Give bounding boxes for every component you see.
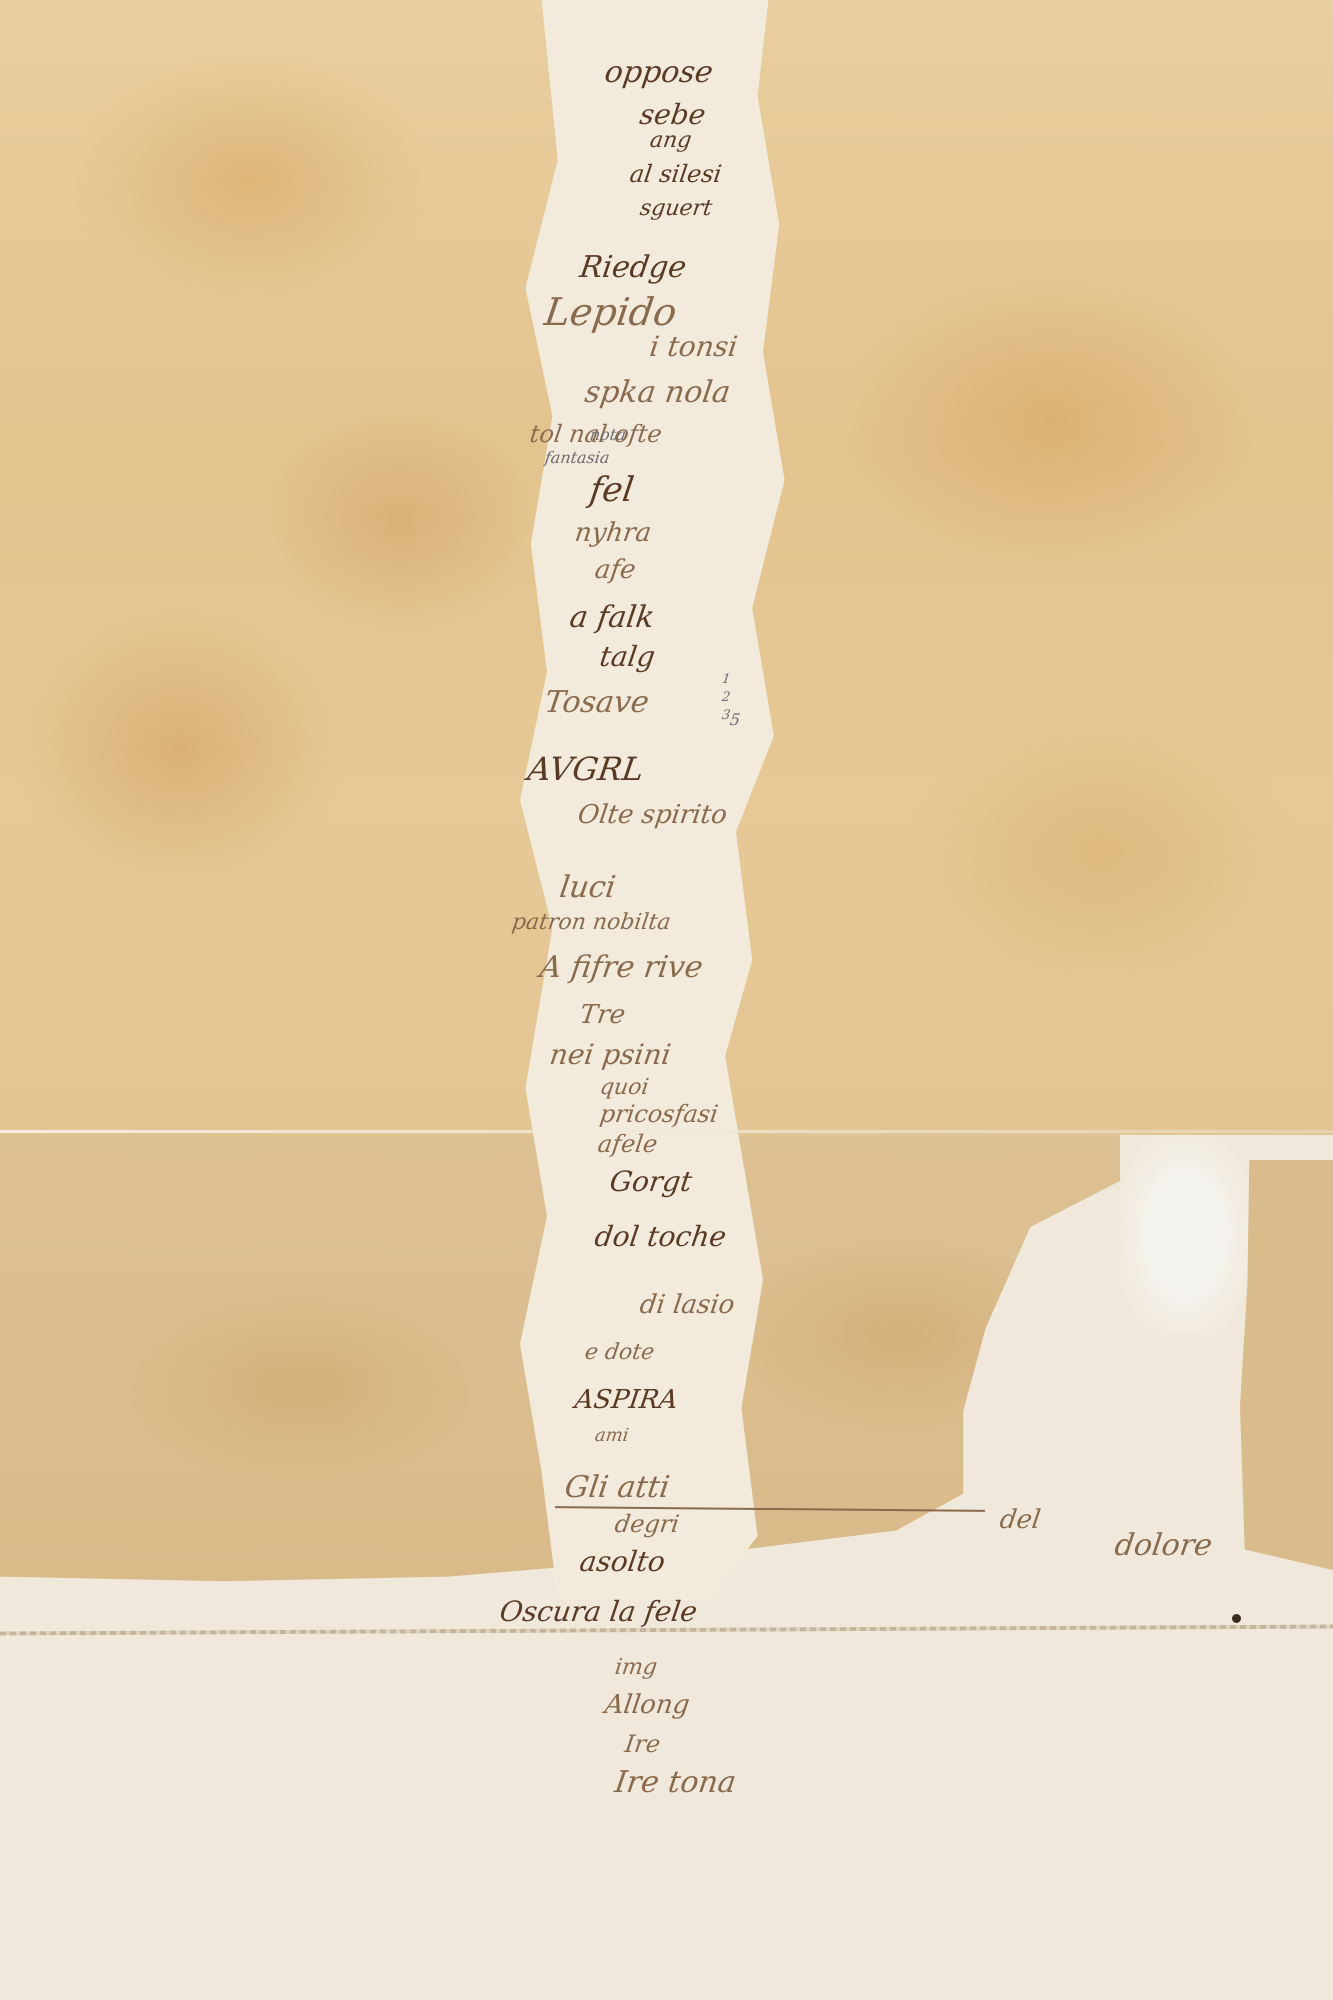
margin-note: del (998, 1505, 1043, 1535)
handwritten-word: Ire (623, 1730, 662, 1758)
margin-note: dolore (1113, 1528, 1215, 1563)
handwritten-word: Tre (578, 1000, 627, 1030)
handwritten-word: ami (594, 1425, 631, 1446)
handwritten-word: nei psini (548, 1038, 673, 1071)
handwritten-word: img (613, 1655, 658, 1680)
handwritten-word: Gorgt (608, 1165, 694, 1198)
handwritten-word: di lasio (638, 1290, 737, 1320)
handwritten-word: ASPIRA (573, 1385, 680, 1415)
handwritten-word: afe (593, 555, 638, 585)
handwritten-word: a falk (568, 600, 657, 635)
handwritten-word: Olte spirito (576, 800, 729, 830)
handwritten-word: e dote (583, 1340, 656, 1365)
handwritten-word: spka nola (583, 375, 733, 410)
handwritten-word: sebe (638, 98, 708, 131)
handwritten-word: pricosfasi (598, 1100, 720, 1128)
ink-blot (1232, 1614, 1241, 1623)
handwritten-word: Ire tona (613, 1765, 739, 1800)
paper-fold (0, 1130, 1333, 1133)
pencil-note: fantasia (544, 448, 611, 467)
handwritten-word: Lepido (542, 290, 680, 334)
handwritten-word: i tonsi (648, 330, 740, 363)
handwritten-word: Tosave (543, 685, 652, 720)
bleached-patch (1120, 1135, 1250, 1335)
handwritten-word: afele (596, 1130, 659, 1158)
handwritten-word: Gli atti (563, 1470, 672, 1505)
handwritten-word: Allong (603, 1690, 692, 1720)
handwritten-word: degri (613, 1510, 681, 1538)
handwritten-word: quoi (598, 1075, 650, 1100)
handwritten-word: A fifre rive (538, 950, 706, 985)
handwritten-word: patron nobilta (510, 910, 672, 935)
handwritten-word: al silesi (628, 160, 723, 188)
handwritten-word: asolto (578, 1545, 668, 1578)
handwritten-word: nyhra (573, 518, 653, 548)
handwritten-word: oppose (603, 55, 716, 90)
handwritten-word: dol toche (593, 1220, 729, 1253)
manuscript-photo: oppose sebe ang al silesi sguert Riedge … (0, 0, 1333, 2000)
handwritten-word: talg (598, 640, 657, 673)
handwritten-word: Oscura la fele (498, 1595, 700, 1628)
handwritten-word: ang (648, 128, 693, 153)
water-stain-right-fragment (1240, 1160, 1333, 1570)
handwritten-word: fel (587, 470, 636, 510)
pencil-note: nota (589, 425, 628, 444)
handwritten-word: luci (558, 870, 618, 905)
handwritten-word: sguert (638, 196, 713, 221)
handwritten-word: AVGRL (525, 750, 646, 788)
handwritten-word: Riedge (578, 250, 689, 285)
